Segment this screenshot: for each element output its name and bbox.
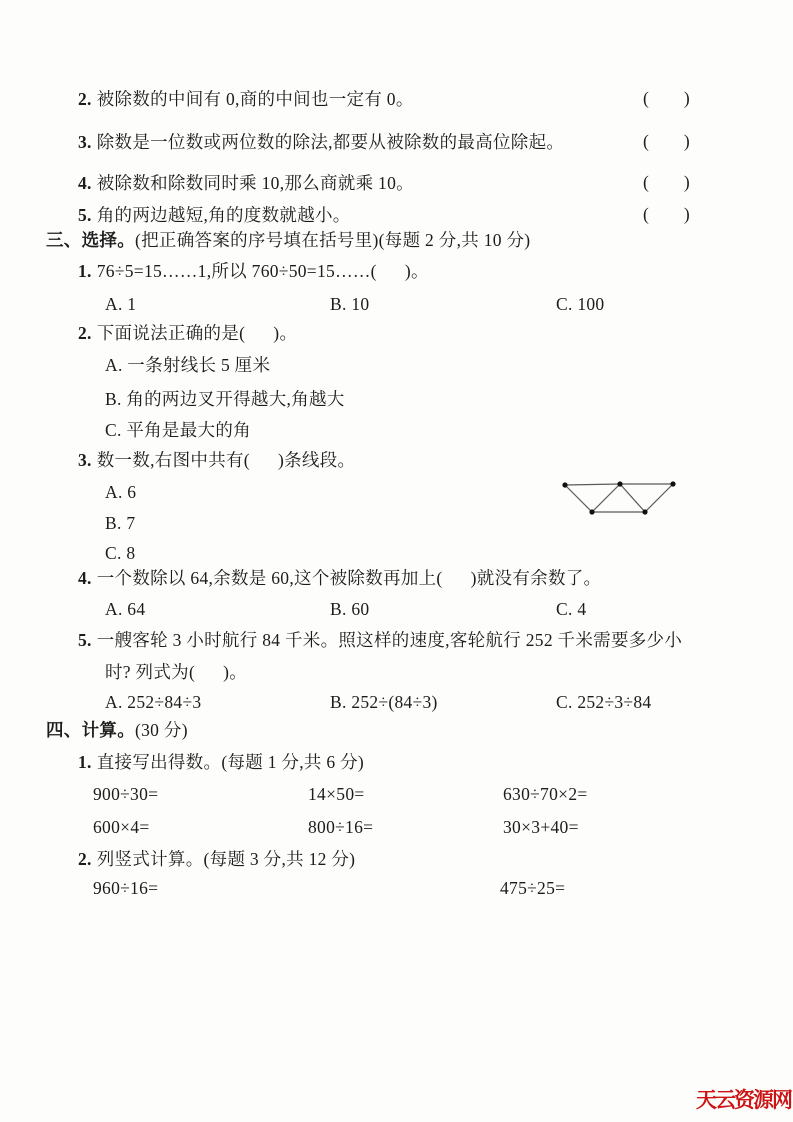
choice-q5-line1: 5.一艘客轮 3 小时航行 84 千米。照这样的速度,客轮航行 252 千米需要…: [78, 629, 682, 651]
q4-option-b: B. 60: [330, 598, 369, 620]
question-text: 列竖式计算。(每题 3 分,共 12 分): [97, 849, 356, 869]
tf-item-2: 2.被除数的中间有 0,商的中间也一定有 0。: [78, 88, 414, 110]
question-text: 76÷5=15……1,所以 760÷50=15……( )。: [97, 261, 429, 281]
question-number: 2.: [78, 323, 92, 343]
section-calc-header: 四、计算。(30 分): [46, 719, 188, 741]
choice-q3: 3.数一数,右图中共有( )条线段。: [78, 449, 355, 471]
mental-expr-4: 600×4=: [93, 816, 150, 838]
section-title: 四、计算。: [46, 720, 135, 740]
q3-option-b: B. 7: [105, 512, 135, 534]
worksheet-page: 2.被除数的中间有 0,商的中间也一定有 0。 ( ) 3.除数是一位数或两位数…: [0, 0, 793, 1122]
answer-bracket: ( ): [643, 131, 690, 152]
vertical-expr-1: 960÷16=: [93, 877, 158, 899]
q2-option-a: A. 一条射线长 5 厘米: [105, 354, 270, 376]
q4-option-c: C. 4: [556, 598, 586, 620]
site-watermark: 天云资源网: [696, 1084, 791, 1114]
q1-option-b: B. 10: [330, 293, 369, 315]
question-text: 被除数和除数同时乘 10,那么商就乘 10。: [97, 173, 414, 193]
mental-expr-6: 30×3+40=: [503, 816, 579, 838]
q2-option-c: C. 平角是最大的角: [105, 419, 251, 441]
choice-q4: 4.一个数除以 64,余数是 60,这个被除数再加上( )就没有余数了。: [78, 567, 601, 589]
section-title: 三、选择。: [46, 230, 135, 250]
mental-expr-5: 800÷16=: [308, 816, 373, 838]
section-subtitle: (30 分): [135, 720, 188, 740]
segment-count-figure: [553, 472, 687, 526]
question-number: 3.: [78, 132, 92, 152]
question-text: 角的两边越短,角的度数就越小。: [97, 205, 351, 225]
section-choice-header: 三、选择。(把正确答案的序号填在括号里)(每题 2 分,共 10 分): [46, 229, 530, 251]
question-number: 2.: [78, 89, 92, 109]
question-number: 1.: [78, 752, 92, 772]
q3-option-a: A. 6: [105, 481, 136, 503]
question-text: 一个数除以 64,余数是 60,这个被除数再加上( )就没有余数了。: [97, 568, 602, 588]
tf-item-4: 4.被除数和除数同时乘 10,那么商就乘 10。: [78, 172, 414, 194]
segment-figure: [553, 472, 687, 526]
question-number: 1.: [78, 261, 92, 281]
answer-bracket: ( ): [643, 204, 690, 225]
tf-item-5: 5.角的两边越短,角的度数就越小。: [78, 204, 351, 226]
q5-option-c: C. 252÷3÷84: [556, 691, 651, 713]
question-text: 直接写出得数。(每题 1 分,共 6 分): [97, 752, 364, 772]
tf-item-3: 3.除数是一位数或两位数的除法,都要从被除数的最高位除起。: [78, 131, 564, 153]
question-number: 5.: [78, 630, 92, 650]
mental-expr-2: 14×50=: [308, 783, 365, 805]
question-number: 5.: [78, 205, 92, 225]
question-number: 2.: [78, 849, 92, 869]
mental-expr-3: 630÷70×2=: [503, 783, 588, 805]
question-text: 下面说法正确的是( )。: [97, 323, 298, 343]
calc-sub1-title: 1.直接写出得数。(每题 1 分,共 6 分): [78, 751, 364, 773]
question-text: 数一数,右图中共有( )条线段。: [97, 450, 356, 470]
mental-expr-1: 900÷30=: [93, 783, 158, 805]
answer-bracket: ( ): [643, 172, 690, 193]
q5-option-a: A. 252÷84÷3: [105, 691, 201, 713]
question-number: 4.: [78, 173, 92, 193]
q3-option-c: C. 8: [105, 542, 135, 564]
choice-q5-line2: 时? 列式为( )。: [105, 661, 247, 683]
choice-q1: 1.76÷5=15……1,所以 760÷50=15……( )。: [78, 260, 429, 282]
q4-option-a: A. 64: [105, 598, 145, 620]
q1-option-a: A. 1: [105, 293, 136, 315]
question-text: 一艘客轮 3 小时航行 84 千米。照这样的速度,客轮航行 252 千米需要多少…: [97, 630, 682, 650]
calc-sub2-title: 2.列竖式计算。(每题 3 分,共 12 分): [78, 848, 355, 870]
q5-option-b: B. 252÷(84÷3): [330, 691, 438, 713]
question-number: 4.: [78, 568, 92, 588]
q1-option-c: C. 100: [556, 293, 604, 315]
answer-bracket: ( ): [643, 88, 690, 109]
choice-q2: 2.下面说法正确的是( )。: [78, 322, 297, 344]
q2-option-b: B. 角的两边叉开得越大,角越大: [105, 388, 345, 410]
question-text: 被除数的中间有 0,商的中间也一定有 0。: [97, 89, 414, 109]
section-subtitle: (把正确答案的序号填在括号里)(每题 2 分,共 10 分): [135, 230, 530, 250]
question-number: 3.: [78, 450, 92, 470]
vertical-expr-2: 475÷25=: [500, 877, 565, 899]
question-text: 除数是一位数或两位数的除法,都要从被除数的最高位除起。: [97, 132, 564, 152]
